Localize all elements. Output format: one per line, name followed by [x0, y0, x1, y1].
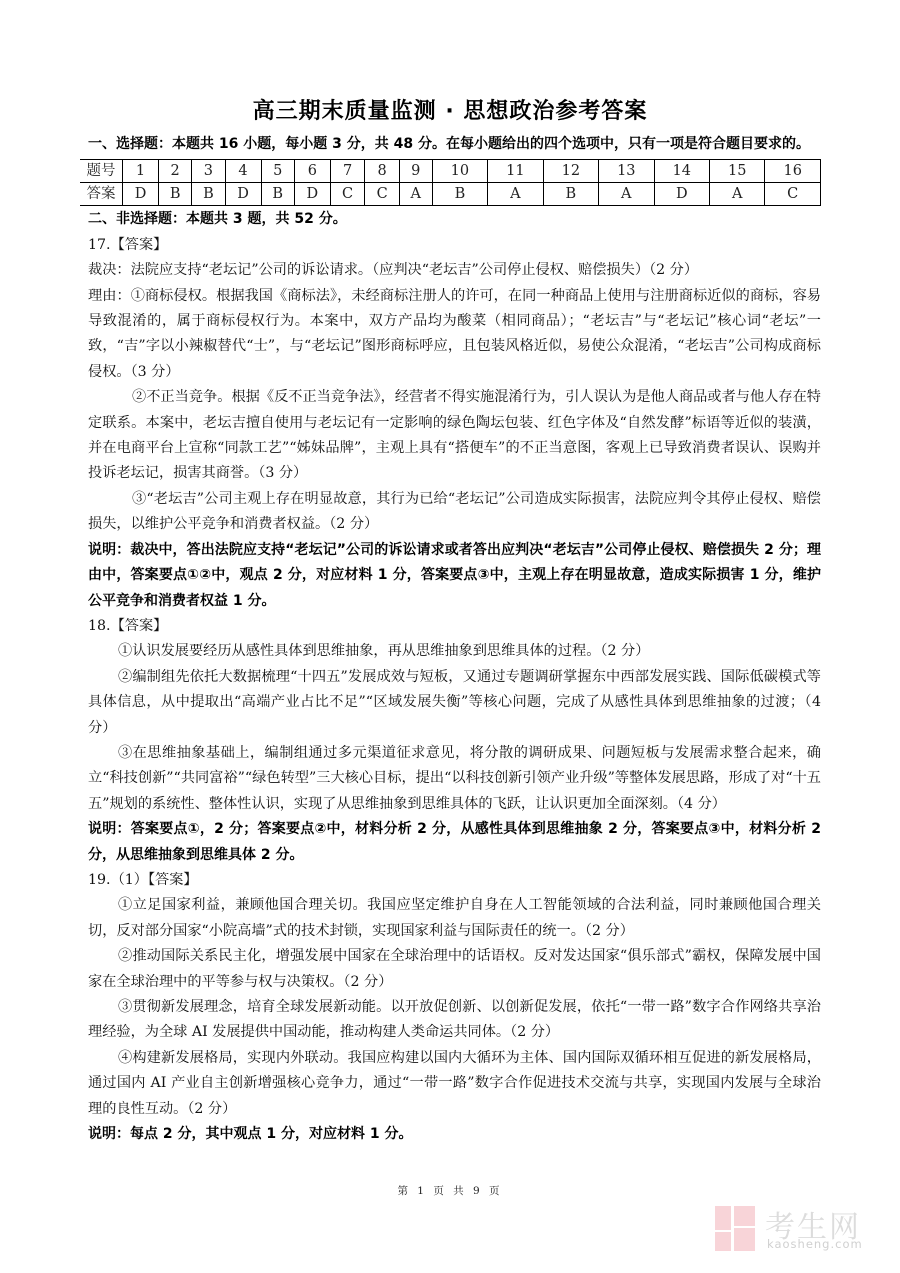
- q19-point-3: ③贯彻新发展理念，培育全球发展新动能。以开放促创新、以创新促发展，依托“一带一路…: [88, 995, 821, 1046]
- table-cell: 1: [123, 160, 159, 183]
- table-cell: 2: [159, 160, 192, 183]
- q18-point-2: ②编制组先依托大数据梳理“十四五”发展成效与短板，又通过专题调研掌握东中西部发展…: [88, 665, 821, 741]
- table-cell: 6: [294, 160, 330, 183]
- table-cell: 13: [599, 160, 654, 183]
- q18-point-1: ①认识发展要经历从感性具体到思维抽象，再从思维抽象到思维具体的过程。（2 分）: [88, 639, 821, 664]
- table-cell: B: [261, 183, 294, 206]
- table-cell: 3: [192, 160, 225, 183]
- table-cell: 10: [432, 160, 487, 183]
- q17-reason-2: ②不正当竞争。根据《反不正当竞争法》，经营者不得实施混淆行为，引人误认为是他人商…: [88, 385, 821, 487]
- q17-verdict: 裁决：法院应支持“老坛记”公司的诉讼请求。（应判决“老坛吉”公司停止侵权、赔偿损…: [88, 258, 821, 283]
- table-cell: C: [365, 183, 400, 206]
- table-cell: B: [543, 183, 598, 206]
- table-cell: C: [765, 183, 821, 206]
- table-cell: A: [599, 183, 654, 206]
- table-cell: C: [330, 183, 365, 206]
- q17-note: 说明：裁决中，答出法院应支持“老坛记”公司的诉讼请求或者答出应判决“老坛吉”公司…: [88, 538, 821, 614]
- table-cell: B: [192, 183, 225, 206]
- table-cell: B: [432, 183, 487, 206]
- table-cell: D: [294, 183, 330, 206]
- table-cell: A: [710, 183, 765, 206]
- q19-point-4: ④构建新发展格局，实现内外联动。我国应构建以国内大循环为主体、国内国际双循环相互…: [88, 1046, 821, 1122]
- q19-point-1: ①立足国家利益，兼顾他国合理关切。我国应坚定维护自身在人工智能领域的合法利益，同…: [88, 893, 821, 944]
- section1-heading: 一、选择题：本题共 16 小题，每小题 3 分，共 48 分。在每小题给出的四个…: [88, 132, 821, 157]
- page-indicator: 第 1 页 共 9 页: [0, 1183, 900, 1198]
- q17-label: 17.【答案】: [88, 233, 821, 258]
- table-cell: 11: [488, 160, 543, 183]
- q19-point-2: ②推动国际关系民主化，增强发展中国家在全球治理中的话语权。反对发达国家“俱乐部式…: [88, 944, 821, 995]
- document-page: 高三期末质量监测 · 思想政治参考答案 一、选择题：本题共 16 小题，每小题 …: [0, 0, 900, 1273]
- table-cell: 15: [710, 160, 765, 183]
- table-cell: B: [159, 183, 192, 206]
- table-cell: 16: [765, 160, 821, 183]
- section2-heading: 二、非选择题：本题共 3 题，共 52 分。: [88, 207, 821, 232]
- table-cell: A: [399, 183, 432, 206]
- page-title: 高三期末质量监测 · 思想政治参考答案: [0, 94, 900, 125]
- table-cell: A: [488, 183, 543, 206]
- table-cell: 9: [399, 160, 432, 183]
- q17-reason-1: 理由：①商标侵权。根据我国《商标法》，未经商标注册人的许可，在同一种商品上使用与…: [88, 284, 821, 386]
- kaosheng-logo-icon: [715, 1206, 755, 1251]
- row-label: 题号: [80, 160, 123, 183]
- table-cell: D: [123, 183, 159, 206]
- table-cell: 7: [330, 160, 365, 183]
- table-cell: 8: [365, 160, 400, 183]
- q17-reason-3: ③“老坛吉”公司主观上存在明显故意，其行为已给“老坛记”公司造成实际损害，法院应…: [88, 487, 821, 538]
- table-row-numbers: 题号 1 2 3 4 5 6 7 8 9 10 11 12 13 14 15 1…: [80, 160, 821, 183]
- q19-label: 19.（1）【答案】: [88, 868, 821, 893]
- document-body: 一、选择题：本题共 16 小题，每小题 3 分，共 48 分。在每小题给出的四个…: [88, 132, 821, 1147]
- q18-label: 18.【答案】: [88, 614, 821, 639]
- watermark-domain: kaosheng.com: [767, 1237, 863, 1251]
- table-cell: D: [225, 183, 261, 206]
- table-cell: 5: [261, 160, 294, 183]
- table-cell: 12: [543, 160, 598, 183]
- q19-note: 说明：每点 2 分，其中观点 1 分，对应材料 1 分。: [88, 1122, 821, 1147]
- answer-table: 题号 1 2 3 4 5 6 7 8 9 10 11 12 13 14 15 1…: [80, 159, 821, 206]
- table-cell: 4: [225, 160, 261, 183]
- watermark: 考生网 kaosheng.com: [715, 1206, 895, 1256]
- table-cell: D: [654, 183, 709, 206]
- row-label: 答案: [80, 183, 123, 206]
- q18-note: 说明：答案要点①，2 分；答案要点②中，材料分析 2 分，从感性具体到思维抽象 …: [88, 817, 821, 868]
- table-cell: 14: [654, 160, 709, 183]
- table-row-answers: 答案 D B B D B D C C A B A B A D A C: [80, 183, 821, 206]
- q18-point-3: ③在思维抽象基础上，编制组通过多元渠道征求意见，将分散的调研成果、问题短板与发展…: [88, 741, 821, 817]
